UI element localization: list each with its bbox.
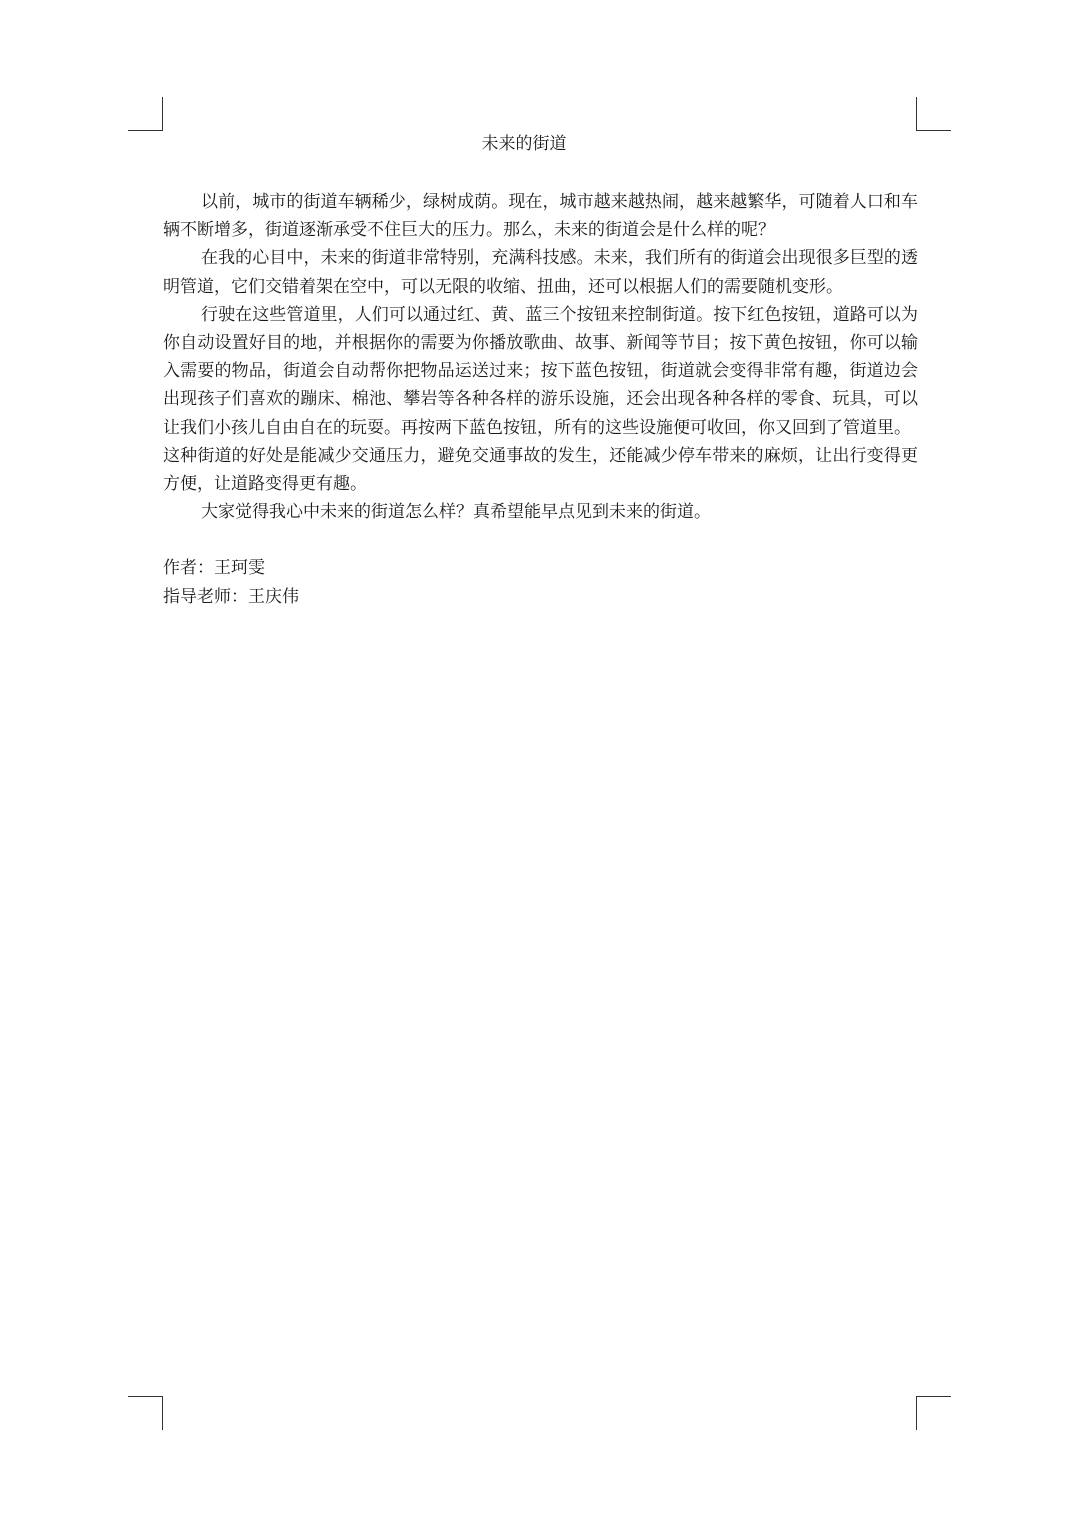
corner-mark-top-left-v <box>162 97 163 131</box>
corner-mark-bottom-left-v <box>162 1396 163 1430</box>
corner-mark-bottom-right-h <box>916 1396 951 1397</box>
paragraph-4: 这种街道的好处是能减少交通压力，避免交通事故的发生，还能减少停车带来的麻烦，让出… <box>163 442 918 498</box>
document-title: 未来的街道 <box>0 131 1064 157</box>
corner-mark-bottom-right-v <box>916 1396 917 1430</box>
teacher-line: 指导老师：王庆伟 <box>163 583 918 611</box>
document-body: 以前，城市的街道车辆稀少，绿树成荫。现在，城市越来越热闹，越来越繁华，可随着人口… <box>163 188 918 611</box>
spacer <box>163 526 918 554</box>
corner-mark-top-right-v <box>916 97 917 131</box>
paragraph-1: 以前，城市的街道车辆稀少，绿树成荫。现在，城市越来越热闹，越来越繁华，可随着人口… <box>163 188 918 244</box>
author-line: 作者：王珂雯 <box>163 554 918 582</box>
paragraph-5: 大家觉得我心中未来的街道怎么样？真希望能早点见到未来的街道。 <box>163 498 918 526</box>
paragraph-2: 在我的心目中，未来的街道非常特别，充满科技感。未来，我们所有的街道会出现很多巨型… <box>163 244 918 300</box>
paragraph-3: 行驶在这些管道里，人们可以通过红、黄、蓝三个按钮来控制街道。按下红色按钮，道路可… <box>163 301 918 442</box>
corner-mark-bottom-left-h <box>128 1396 163 1397</box>
